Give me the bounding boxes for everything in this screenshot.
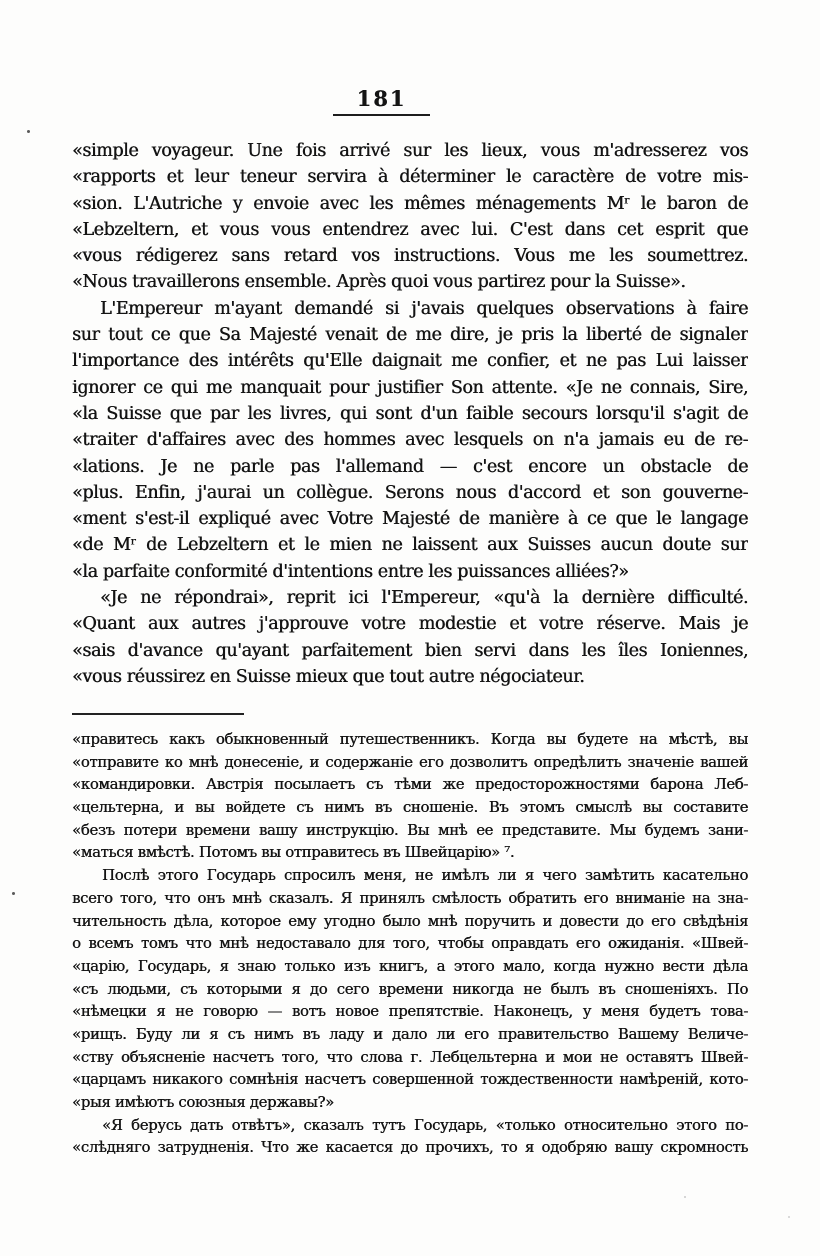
scan-speck	[788, 1216, 790, 1218]
text-line: «sais d'avance qu'ayant parfaitement bie…	[72, 638, 748, 664]
footnote-line: «отправите ко мнѣ донесеніе, и содержані…	[72, 752, 748, 775]
text-line: «traiter d'affaires avec des hommes avec…	[72, 427, 748, 453]
footnote-line: «Я берусь дать отвѣтъ», сказалъ тутъ Гос…	[72, 1115, 748, 1138]
french-text-section: «simple voyageur. Une fois arrivé sur le…	[72, 138, 748, 690]
russian-footnote-section: «правитесь какъ обыкновенный путешествен…	[72, 729, 748, 1160]
text-line: «vous rédigerez sans retard vos instruct…	[72, 243, 748, 269]
footnote-line: «слѣдняго затрудненія. Что же касается д…	[72, 1137, 748, 1160]
footnote-line: «ству объясненіе насчетъ того, что слова…	[72, 1047, 748, 1070]
scan-speck	[684, 1196, 686, 1198]
footnote-separator-rule	[72, 713, 244, 715]
text-line: «Lebzeltern, et vous vous entendrez avec…	[72, 217, 748, 243]
text-line: «Nous travaillerons ensemble. Après quoi…	[72, 269, 748, 295]
footnote-line: о всемъ томъ что мнѣ недоставало для тог…	[72, 933, 748, 956]
text-line: «la parfaite conformité d'intentions ent…	[72, 559, 748, 585]
page-number: 181	[333, 86, 430, 116]
scan-speck	[12, 892, 15, 895]
text-line: «ment s'est-il expliqué avec Votre Majes…	[72, 506, 748, 532]
footnote-line: «рыя имѣютъ союзныя державы?»	[72, 1092, 748, 1115]
text-line: «de Mʳ de Lebzeltern et le mien ne laiss…	[72, 532, 748, 558]
text-line: «simple voyageur. Une fois arrivé sur le…	[72, 138, 748, 164]
text-line: «vous réussirez en Suisse mieux que tout…	[72, 664, 748, 690]
footnote-line: всего того, что онъ мнѣ сказалъ. Я приня…	[72, 888, 748, 911]
text-line: «Je ne répondrai», reprit ici l'Empereur…	[72, 585, 748, 611]
footnote-line: «нѣмецки я не говорю — вотъ новое препят…	[72, 1001, 748, 1024]
text-line: «la Suisse que par les livres, qui sont …	[72, 401, 748, 427]
footnote-line: «рищъ. Буду ли я съ нимъ въ ладу и дало …	[72, 1024, 748, 1047]
text-line: «sion. L'Autriche y envoie avec les même…	[72, 191, 748, 217]
text-line: «plus. Enfin, j'aurai un collègue. Seron…	[72, 480, 748, 506]
text-line: L'Empereur m'ayant demandé si j'avais qu…	[72, 296, 748, 322]
text-line: «rapports et leur teneur servira à déter…	[72, 164, 748, 190]
footnote-line: «царію, Государь, я знаю только изъ книг…	[72, 956, 748, 979]
text-line: l'importance des intérêts qu'Elle daigna…	[72, 348, 748, 374]
book-page: 181 «simple voyageur. Une fois arrivé su…	[0, 0, 820, 1256]
footnote-line: «командировки. Австрія посылаетъ съ тѣми…	[72, 774, 748, 797]
footnote-line: «съ людьми, съ которыми я до сего времен…	[72, 979, 748, 1002]
footnote-line: «безъ потери времени вашу инструкцію. Вы…	[72, 820, 748, 843]
text-line: «lations. Je ne parle pas l'allemand — c…	[72, 454, 748, 480]
footnote-line: чительность дѣла, которое ему угодно был…	[72, 911, 748, 934]
footnote-line: «царцамъ никакого сомнѣнія насчетъ совер…	[72, 1069, 748, 1092]
footnote-line: «маться вмѣстѣ. Потомъ вы отправитесь въ…	[72, 842, 748, 865]
footnote-line: «цельтерна, и вы войдете съ нимъ въ снош…	[72, 797, 748, 820]
text-line: «Quant aux autres j'approuve votre modes…	[72, 611, 748, 637]
footnote-line: «правитесь какъ обыкновенный путешествен…	[72, 729, 748, 752]
scan-speck	[27, 130, 30, 133]
footnote-line: Послѣ этого Государь спросилъ меня, не и…	[72, 865, 748, 888]
text-line: ignorer ce qui me manquait pour justifie…	[72, 375, 748, 401]
text-line: sur tout ce que Sa Majesté venait de me …	[72, 322, 748, 348]
